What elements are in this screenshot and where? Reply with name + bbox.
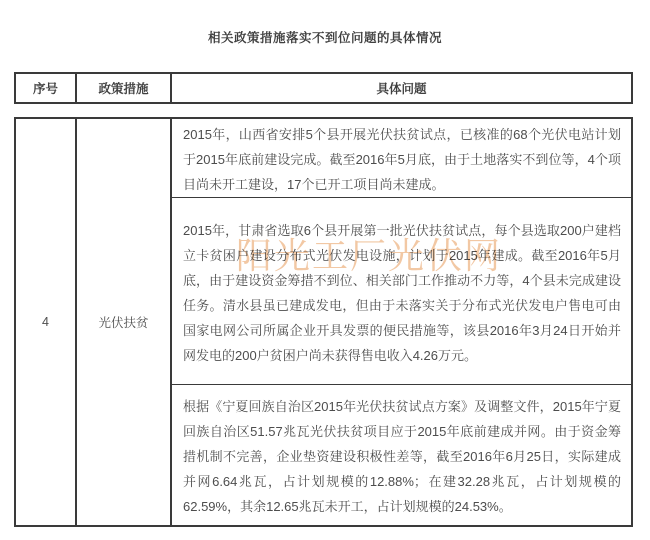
table-header-row: 序号 政策措施 具体问题 [14, 72, 633, 104]
cell-problems: 2015年，山西省安排5个县开展光伏扶贫试点，已核准的68个光伏电站计划于201… [172, 119, 631, 525]
problem-item-ningxia: 根据《宁夏回族自治区2015年光伏扶贫试点方案》及调整文件，2015年宁夏回族自… [172, 385, 631, 525]
header-cell-policy: 政策措施 [77, 74, 172, 102]
problem-item-shanxi: 2015年，山西省安排5个县开展光伏扶贫试点，已核准的68个光伏电站计划于201… [172, 119, 631, 198]
cell-policy: 光伏扶贫 [77, 119, 172, 525]
header-cell-index: 序号 [16, 74, 77, 102]
cell-index: 4 [16, 119, 77, 525]
document-page: 相关政策措施落实不到位问题的具体情况 序号 政策措施 具体问题 4 光伏扶贫 2… [0, 0, 650, 540]
table-row: 4 光伏扶贫 2015年，山西省安排5个县开展光伏扶贫试点，已核准的68个光伏电… [14, 117, 633, 527]
problem-item-gansu: 2015年，甘肃省选取6个县开展第一批光伏扶贫试点，每个县选取200户建档立卡贫… [172, 198, 631, 385]
header-cell-problem: 具体问题 [172, 74, 631, 102]
page-title: 相关政策措施落实不到位问题的具体情况 [0, 28, 650, 46]
